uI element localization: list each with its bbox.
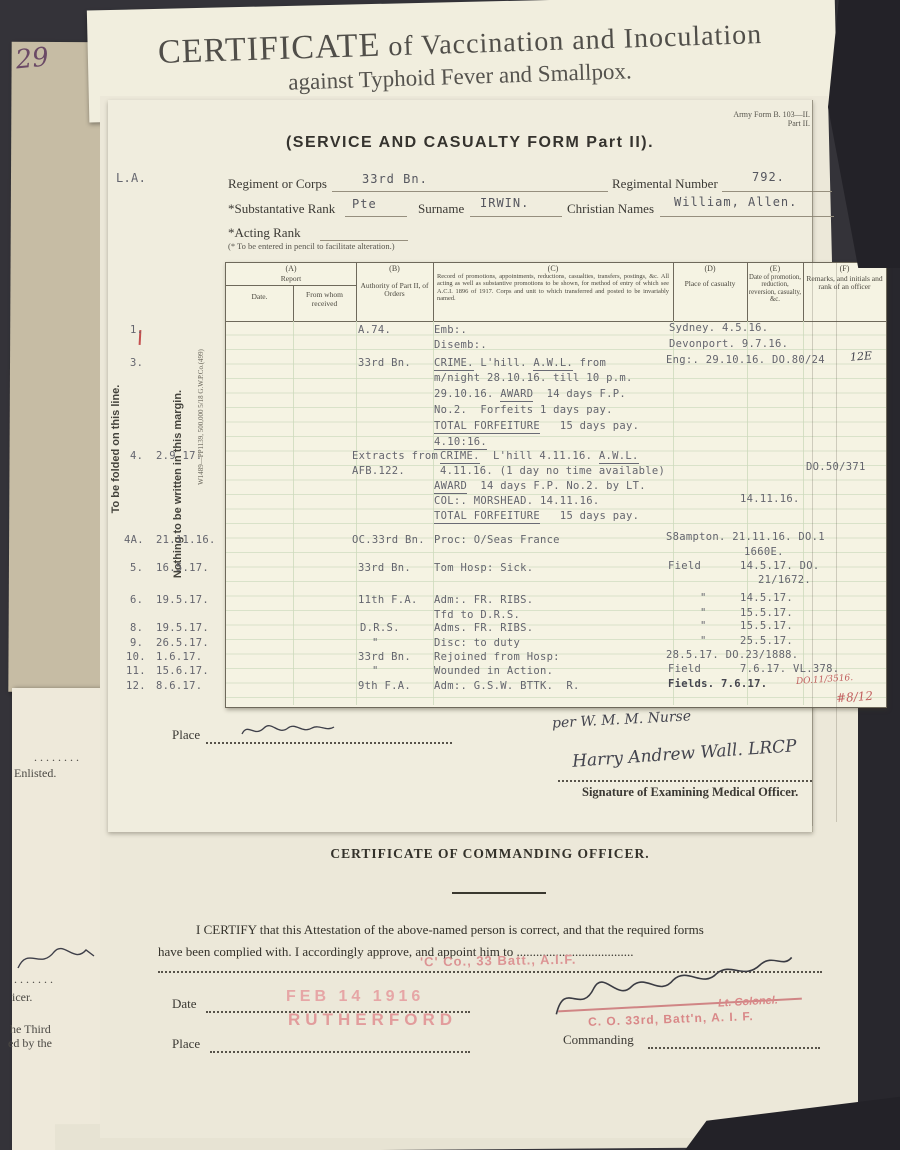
typed-entry: Sydney. 4.5.16. (669, 322, 768, 334)
typed-entry: AWARD 14 days F.P. No.2. by LT. (434, 480, 646, 492)
typed-entry: " (700, 635, 707, 647)
typed-entry: 15.5.17. (740, 607, 793, 619)
typed-entry: 7.6.17. VL.378. (740, 663, 839, 675)
place-label: Place (172, 727, 200, 743)
typed-entry: COL:. MORSHEAD. 14.11.16. (434, 495, 600, 507)
typed-entry: 14.11.16. (740, 493, 800, 505)
typed-entry: 19.5.17. (156, 622, 209, 634)
typed-entry: 4.11.16. (1 day no time available) (440, 465, 665, 477)
typed-entry: 15.6.17. (156, 665, 209, 677)
typed-entry: Disc: to duty (434, 637, 520, 649)
place-dotted-line (206, 741, 452, 744)
typed-entry: TOTAL FORFEITURE 15 days pay. (434, 420, 639, 432)
page-fragment-text: ed by the (8, 1036, 52, 1051)
scanned-document: 29 (A) Report Date. From whom received (… (0, 0, 900, 1150)
handwritten-annotation: 12E (850, 349, 873, 364)
typed-entry: D.R.S. (360, 622, 400, 634)
typed-entry: 14.5.17. (740, 592, 793, 604)
typed-entry: DO.50/371 (806, 461, 866, 473)
typed-entry: Extracts from (352, 450, 438, 462)
date-label: Date (172, 996, 197, 1012)
typed-entry: 26.5.17. (156, 637, 209, 649)
typed-entry: Devonport. 9.7.16. (669, 338, 788, 350)
page-fragment-text: Enlisted. (14, 766, 56, 781)
typed-entry: 29.10.16. AWARD 14 days F.P. (434, 388, 626, 400)
commanding-dotted-line (648, 1046, 820, 1049)
place-stamp: RUTHERFORD (288, 1010, 457, 1030)
typed-entry: " (700, 620, 707, 632)
typed-entry: 33rd Bn. (358, 562, 411, 574)
typed-entry: 28.5.17. DO.23/1888. (666, 649, 798, 661)
typed-entry: 2.9 17. (156, 450, 202, 462)
place-dotted-line-bottom (210, 1050, 470, 1053)
typed-entry: S8ampton. 21.11.16. DO.1 (666, 531, 825, 543)
typed-entry: Field (668, 560, 701, 572)
typed-entry: 1660E. (744, 546, 784, 558)
typed-entry: Disemb:. (434, 339, 487, 351)
co-cert-title: CERTIFICATE OF COMMANDING OFFICER. (240, 846, 740, 862)
typed-entry: 8.6.17. (156, 680, 202, 692)
page-fragment-text: . . . . . . . (14, 972, 53, 987)
typed-entry: Tom Hosp: Sick. (434, 562, 533, 574)
typed-entry: Tfd to D.R.S. (434, 609, 520, 621)
page-fragment-text: icer. (12, 990, 32, 1005)
typed-entry: Adms. FR. RIBS. (434, 622, 533, 634)
typed-entry: No.2. Forfeits 1 days pay. (434, 404, 613, 416)
page-fragment-text: he Third (10, 1022, 51, 1037)
typed-entry: Adm:. G.S.W. BTTK. R. (434, 680, 580, 692)
typed-entry: 4.10:16. (434, 436, 487, 448)
typed-entry: CRIME. L'hill 4.11.16. A.W.L. (440, 450, 639, 462)
typed-entry: OC.33rd Bn. (352, 534, 425, 546)
typed-entry: Fields. 7.6.17. (668, 678, 767, 690)
typed-entry: 21.11.16. (156, 534, 216, 546)
typed-entry: A.74. (358, 324, 391, 336)
date-stamp: FEB 14 1916 (286, 988, 424, 1006)
typed-entry: " (372, 665, 379, 677)
typed-entry: " (372, 637, 379, 649)
handwritten-annotation: DO.11/3516. (796, 673, 854, 687)
typed-entry: 21/1672. (758, 574, 811, 586)
typed-entry: 9th F.A. (358, 680, 411, 692)
typed-entry: Adm:. FR. RIBS. (434, 594, 533, 606)
handwritten-annotation: #8/12 (836, 689, 874, 706)
typed-entry: 15.5.17. (740, 620, 793, 632)
typed-entry: Eng:. 29.10.16. DO.80/24 (666, 354, 825, 366)
typed-entry: Wounded in Action. (434, 665, 553, 677)
typed-entry: Emb:. (434, 324, 467, 336)
typed-entry: 1.6.17. (156, 651, 202, 663)
page-fragment-text: . . . . . . . . (34, 750, 79, 765)
fragment-signature-squiggle (16, 940, 96, 974)
typed-entry: 14.5.17. DO. (740, 560, 819, 572)
typed-entry: " (700, 607, 707, 619)
typed-entry: 19.5.17. (156, 594, 209, 606)
typed-entry: TOTAL FORFEITURE 15 days pay. (434, 510, 639, 522)
typed-entry: AFB.122. (352, 465, 405, 477)
typed-entry: 11th F.A. (358, 594, 418, 606)
left-page-fragments: . . . . . . . .Enlisted.. . . . . . .ice… (0, 0, 140, 1150)
typed-entry: 16.5.17. (156, 562, 209, 574)
typed-entry: m/night 28.10.16. till 10 p.m. (434, 372, 633, 384)
handwritten-place-squiggle (240, 720, 336, 740)
signature-dotted-line (558, 779, 812, 782)
typed-entry: " (700, 592, 707, 604)
typed-entry: 33rd Bn. (358, 357, 411, 369)
place-label-bottom: Place (172, 1036, 200, 1052)
typed-entry: 25.5.17. (740, 635, 793, 647)
typed-entry: Proc: O/Seas France (434, 534, 560, 546)
typed-entry: Field (668, 663, 701, 675)
co-cert-rule (452, 892, 546, 894)
co-cert-body-line1: I CERTIFY that this Attestation of the a… (196, 922, 826, 938)
medical-signature-label: Signature of Examining Medical Officer. (582, 785, 798, 800)
typed-entry: 33rd Bn. (358, 651, 411, 663)
content-layer: CERTIFICATE of Vaccination and Inoculati… (0, 0, 900, 1150)
commanding-label: Commanding (563, 1032, 634, 1048)
typed-entry: CRIME. L'hill. A.W.L. from (434, 357, 606, 369)
typed-entry: Rejoined from Hosp: (434, 651, 560, 663)
